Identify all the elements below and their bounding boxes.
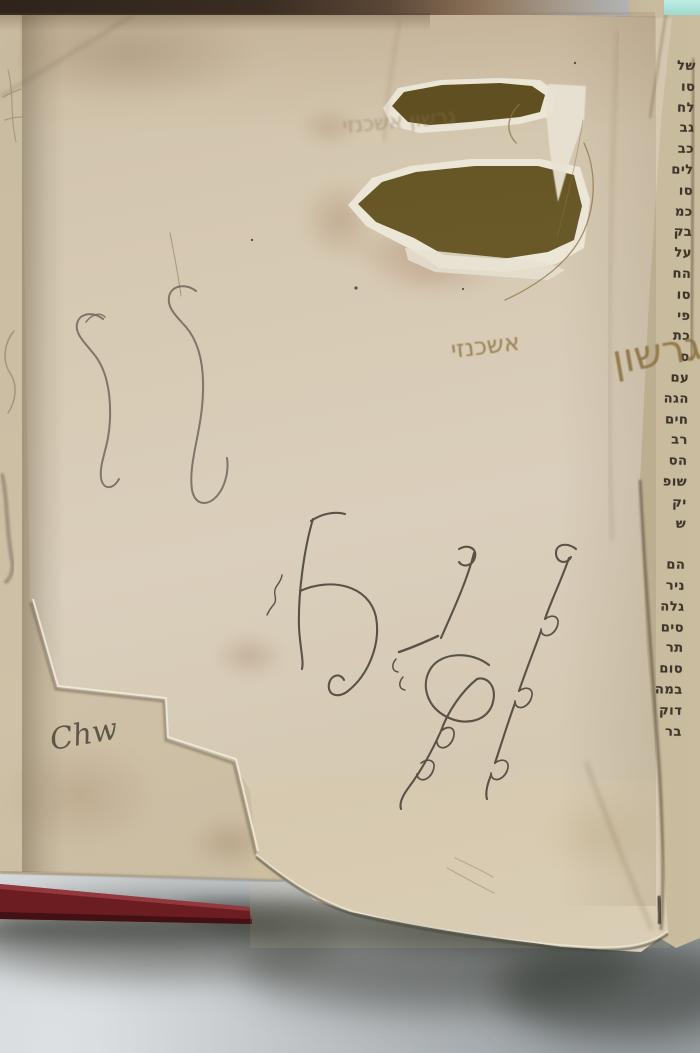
latin-scribble: Chw: [47, 712, 120, 758]
faded-inscription: גרשון אשכנזי: [342, 104, 458, 138]
tiny-script: [267, 575, 282, 615]
diagonal-script-loops: [491, 616, 558, 779]
diagonal-script-stem: [486, 558, 569, 799]
paper-creases: [0, 0, 694, 930]
signature-word2: אשכנזי: [449, 328, 521, 364]
main-signature: גרשון אשכנזי: [449, 323, 700, 384]
page-edges: [0, 599, 668, 950]
diagonal-script-hook: [556, 545, 576, 562]
handwriting-overlay: גרשון אשכנזי גרשון אשכנזי: [0, 0, 700, 1053]
signature-word1: גרשון: [609, 323, 700, 384]
loop-signature-tail: [400, 679, 477, 809]
flourish-five-flag: [311, 513, 345, 521]
flourish-five-stem: [299, 519, 313, 669]
loop-signature-ring: [426, 655, 494, 721]
photo-of-open-antique-book: של סו לח גב כב לים סו כמ בק על הח סו פי …: [0, 0, 700, 1053]
ink-specks: [251, 62, 576, 290]
cyan-bookmark-tab: [664, 0, 700, 15]
flourish-five-bowl: [300, 584, 377, 695]
torn-flap-white: [546, 84, 586, 202]
cover-edge-smudge: [0, 13, 430, 31]
vertical-flourish-ticks: [393, 659, 405, 690]
loop-signature-curls: [417, 728, 454, 780]
vertical-flourish-dash: [399, 636, 438, 652]
ink-flourishes: [267, 513, 576, 809]
